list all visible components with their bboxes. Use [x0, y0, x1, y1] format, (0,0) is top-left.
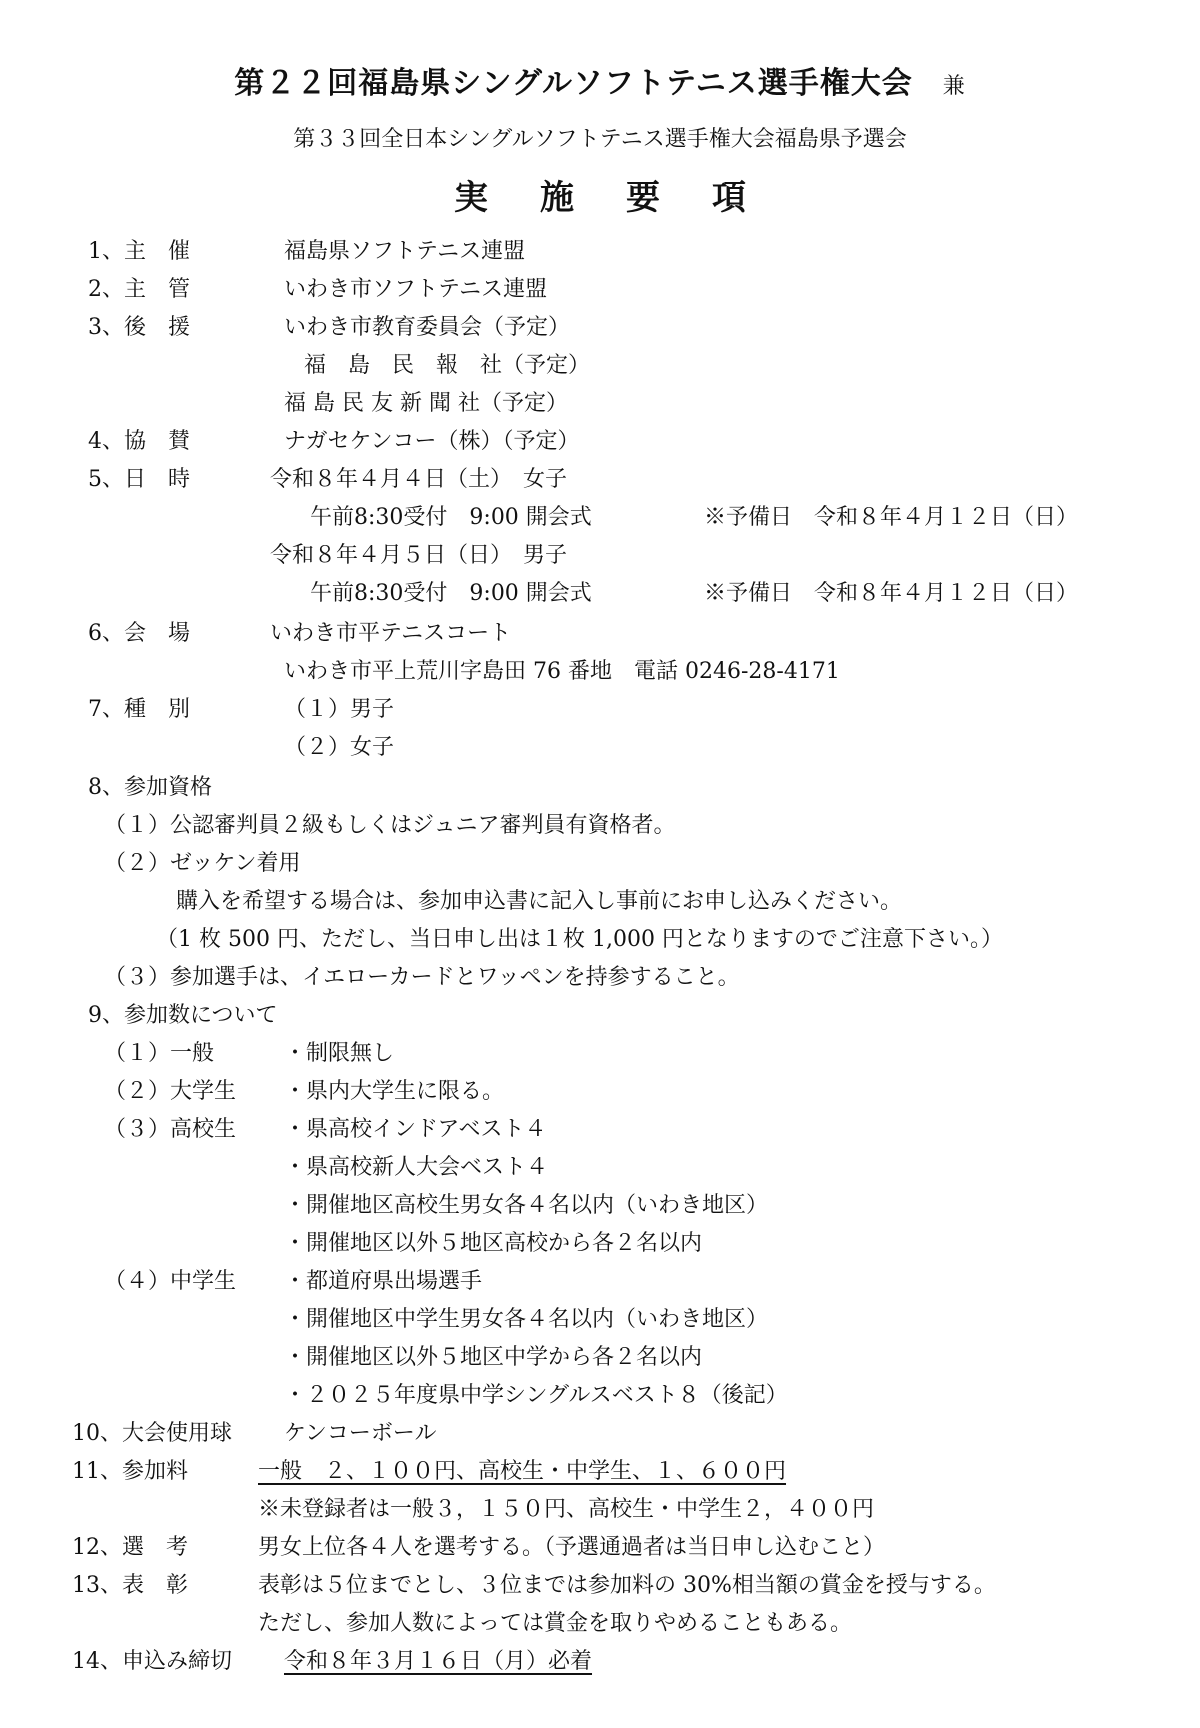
- quota-group-label: （２）大学生: [104, 1077, 236, 1107]
- quota-item: ・２０２５年度県中学シングルスベスト８（後記）: [284, 1381, 788, 1411]
- quota-item: ・都道府県出場選手: [284, 1267, 482, 1297]
- section-1-label: 1、主 催: [88, 237, 190, 267]
- eligibility-item: （１）公認審判員２級もしくはジュニア審判員有資格者。: [104, 811, 676, 841]
- section-4-value: ナガセケンコー（株）（予定）: [284, 427, 579, 457]
- quota-item: ・開催地区以外５地区中学から各２名以内: [284, 1343, 702, 1373]
- schedule-day2-reserve: ※予備日 令和８年４月１２日（日）: [704, 579, 1078, 609]
- section-3-value: 福 島 民 報 社（予定）: [304, 351, 590, 381]
- eligibility-item: （３）参加選手は、イエローカードとワッペンを持参すること。: [104, 963, 740, 993]
- section-10-value: ケンコーボール: [284, 1419, 436, 1449]
- section-11-label: 11、参加料: [72, 1457, 188, 1487]
- heading-char: 項: [712, 170, 746, 219]
- document-subtitle: 第３３回全日本シングルソフトテニス選手権大会福島県予選会: [0, 122, 1200, 153]
- schedule-day1: 令和８年４月４日（土） 女子: [270, 465, 567, 495]
- section-14-label: 14、申込み締切: [72, 1647, 232, 1677]
- section-9-label: 9、参加数について: [88, 1001, 278, 1031]
- section-12-label: 12、選 考: [72, 1533, 188, 1563]
- venue-address: いわき市平上荒川字島田 76 番地 電話 0246-28-4171: [284, 657, 840, 687]
- section-4-label: 4、協 賛: [88, 427, 190, 457]
- schedule-day1-detail: 午前8:30受付 9:00 開会式: [310, 503, 592, 533]
- section-10-label: 10、大会使用球: [72, 1419, 232, 1449]
- quota-item: ・制限無し: [284, 1039, 394, 1069]
- category-item: （１）男子: [284, 695, 394, 725]
- quota-item: ・県高校新人大会ベスト４: [284, 1153, 548, 1183]
- schedule-day2: 令和８年４月５日（日） 男子: [270, 541, 567, 571]
- section-12-value: 男女上位各４人を選考する。（予選通過者は当日申し込むこと）: [258, 1533, 885, 1563]
- heading-char: 要: [626, 170, 660, 219]
- section-5-label: 5、日 時: [88, 465, 190, 495]
- section-2-value: いわき市ソフトテニス連盟: [284, 275, 547, 305]
- title-main: 第２２回福島県シングルソフトテニス選手権大会: [234, 66, 913, 101]
- section-3-value: 福 島 民 友 新 聞 社（予定）: [284, 389, 568, 419]
- document-heading: 実施要項: [0, 170, 1200, 219]
- eligibility-item: （２）ゼッケン着用: [104, 849, 300, 879]
- section-7-label: 7、種 別: [88, 695, 190, 725]
- quota-group-label: （３）高校生: [104, 1115, 236, 1145]
- section-8-label: 8、参加資格: [88, 773, 212, 803]
- venue-name: いわき市平テニスコート: [270, 619, 511, 649]
- quota-group-label: （１）一般: [104, 1039, 214, 1069]
- section-3-label: 3、後 援: [88, 313, 190, 343]
- quota-item: ・開催地区高校生男女各４名以内（いわき地区）: [284, 1191, 768, 1221]
- entry-fee: 一般 ２、１００円、高校生・中学生、１、６００円: [258, 1457, 786, 1487]
- document-title: 第２２回福島県シングルソフトテニス選手権大会兼: [0, 58, 1200, 102]
- deadline: 令和８年３月１６日（月）必着: [284, 1647, 592, 1677]
- award-text: 表彰は５位までとし、３位までは参加料の 30%相当額の賞金を授与する。: [258, 1571, 996, 1601]
- schedule-day2-detail: 午前8:30受付 9:00 開会式: [310, 579, 592, 609]
- heading-char: 実: [454, 170, 488, 219]
- section-1-value: 福島県ソフトテニス連盟: [284, 237, 525, 267]
- category-item: （２）女子: [284, 733, 394, 763]
- section-6-label: 6、会 場: [88, 619, 190, 649]
- quota-item: ・県高校インドアベスト４: [284, 1115, 546, 1145]
- section-3-value: いわき市教育委員会（予定）: [284, 313, 570, 343]
- quota-item: ・県内大学生に限る。: [284, 1077, 504, 1107]
- eligibility-note: （1 枚 500 円、ただし、当日申し出は１枚 1,000 円となりますのでご注…: [156, 925, 1003, 955]
- eligibility-note: 購入を希望する場合は、参加申込書に記入し事前にお申し込みください。: [176, 887, 902, 917]
- quota-item: ・開催地区以外５地区高校から各２名以内: [284, 1229, 702, 1259]
- quota-group-label: （４）中学生: [104, 1267, 236, 1297]
- schedule-day1-reserve: ※予備日 令和８年４月１２日（日）: [704, 503, 1078, 533]
- award-text: ただし、参加人数によっては賞金を取りやめることもある。: [258, 1609, 852, 1639]
- heading-char: 施: [540, 170, 574, 219]
- section-2-label: 2、主 管: [88, 275, 190, 305]
- quota-item: ・開催地区中学生男女各４名以内（いわき地区）: [284, 1305, 768, 1335]
- title-suffix: 兼: [943, 74, 966, 99]
- section-13-label: 13、表 彰: [72, 1571, 188, 1601]
- entry-fee-note: ※未登録者は一般３，１５０円、高校生・中学生２，４００円: [258, 1495, 874, 1525]
